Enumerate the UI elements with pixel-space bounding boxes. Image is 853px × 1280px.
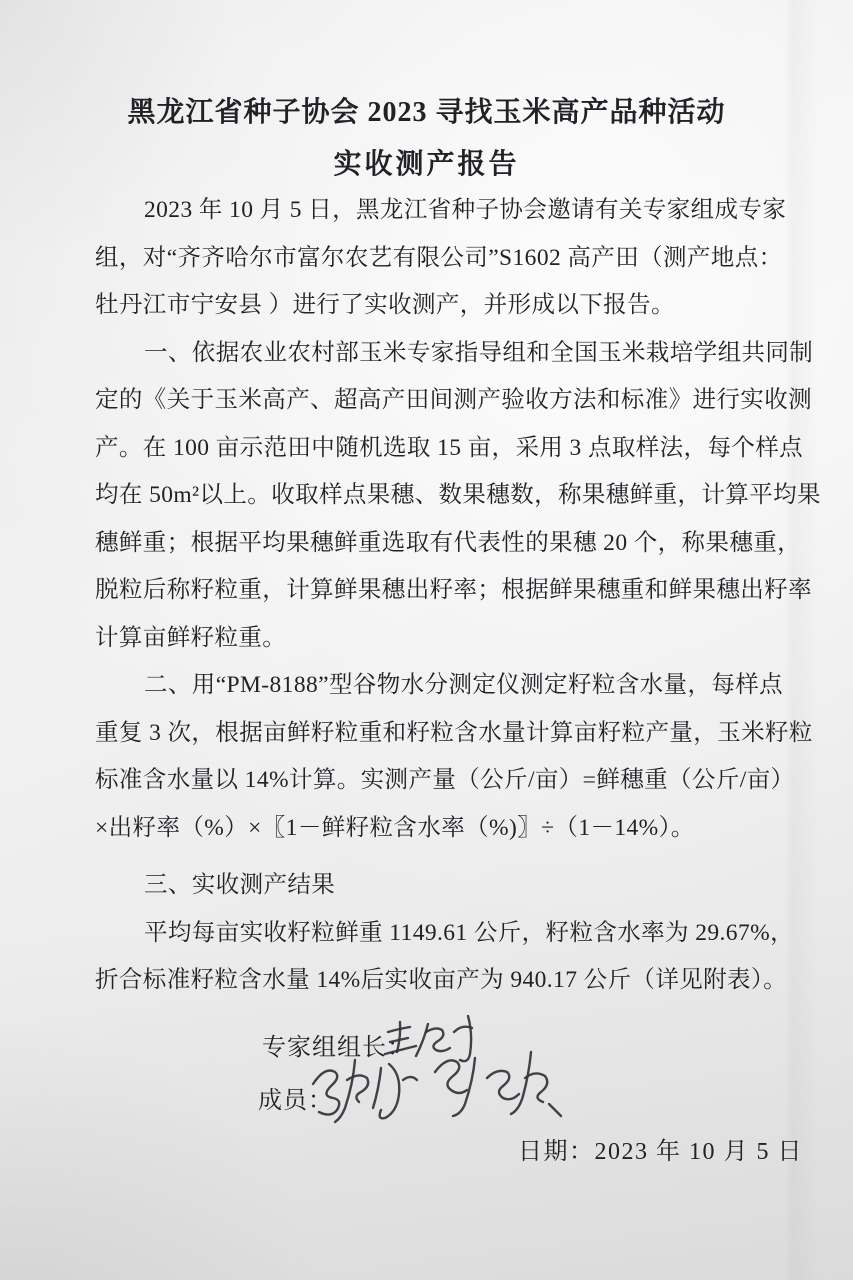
report-body: 2023 年 10 月 5 日，黑龙江省种子协会邀请有关专家组成专家 组，对“齐… xyxy=(95,187,770,1005)
report-date: 日期：2023 年 10 月 5 日 xyxy=(518,1131,803,1166)
text-line: 2023 年 10 月 5 日，黑龙江省种子协会邀请有关专家组成专家 xyxy=(95,187,770,235)
text-line: 计算亩鲜籽粒重。 xyxy=(95,615,770,663)
text-line: 标准含水量以 14%计算。实测产量（公斤/亩）=鲜穗重（公斤/亩） xyxy=(95,757,770,805)
text-line: 脱粒后称籽粒重，计算鲜果穗出籽率；根据鲜果穗重和鲜果穗出籽率 xyxy=(95,567,770,615)
text-line: 折合标准籽粒含水量 14%后实收亩产为 940.17 公斤（详见附表）。 xyxy=(95,957,770,1005)
member-signature-2 xyxy=(423,1044,563,1124)
member-signature-1 xyxy=(303,1050,423,1130)
text-line: 组，对“齐齐哈尔市富尔农艺有限公司”S1602 高产田（测产地点： xyxy=(95,235,770,283)
text-line: 定的《关于玉米高产、超高产田间测产验收方法和标准》进行实收测 xyxy=(95,377,770,425)
paragraph-results-heading: 三、实收测产结果 xyxy=(95,862,770,910)
text-line: 牡丹江市宁安县 ）进行了实收测产，并形成以下报告。 xyxy=(95,282,770,330)
paragraph-method-1: 一、依据农业农村部玉米专家指导组和全国玉米栽培学组共同制 定的《关于玉米高产、超… xyxy=(95,330,770,663)
report-subtitle: 实收测产报告 xyxy=(0,142,853,182)
paragraph-method-2: 二、用“PM-8188”型谷物水分测定仪测定籽粒含水量，每样点 重复 3 次，根… xyxy=(95,662,770,852)
text-line: ×出籽率（%）×〖1－鲜籽粒含水率（%)〗÷（1－14%）。 xyxy=(95,805,770,853)
text-line: 一、依据农业农村部玉米专家指导组和全国玉米栽培学组共同制 xyxy=(95,330,770,378)
text-line: 穗鲜重；根据平均果穗鲜重选取有代表性的果穗 20 个，称果穗重， xyxy=(95,520,770,568)
text-line: 重复 3 次，根据亩鲜籽粒重和籽粒含水量计算亩籽粒产量，玉米籽粒 xyxy=(95,710,770,758)
scanned-report-page: 黑龙江省种子协会 2023 寻找玉米高产品种活动 实收测产报告 2023 年 1… xyxy=(0,0,853,1280)
paragraph-results: 平均每亩实收籽粒鲜重 1149.61 公斤，籽粒含水率为 29.67%， 折合标… xyxy=(95,910,770,1005)
text-line: 均在 50m²以上。收取样点果穗、数果穗数，称果穗鲜重，计算平均果 xyxy=(95,472,770,520)
text-line: 平均每亩实收籽粒鲜重 1149.61 公斤，籽粒含水率为 29.67%， xyxy=(95,910,770,958)
text-line: 产。在 100 亩示范田中随机选取 15 亩，采用 3 点取样法，每个样点 xyxy=(95,425,770,473)
report-title: 黑龙江省种子协会 2023 寻找玉米高产品种活动 xyxy=(0,90,853,130)
paragraph-intro: 2023 年 10 月 5 日，黑龙江省种子协会邀请有关专家组成专家 组，对“齐… xyxy=(95,187,770,330)
text-line: 三、实收测产结果 xyxy=(95,862,770,910)
text-line: 二、用“PM-8188”型谷物水分测定仪测定籽粒含水量，每样点 xyxy=(95,662,770,710)
